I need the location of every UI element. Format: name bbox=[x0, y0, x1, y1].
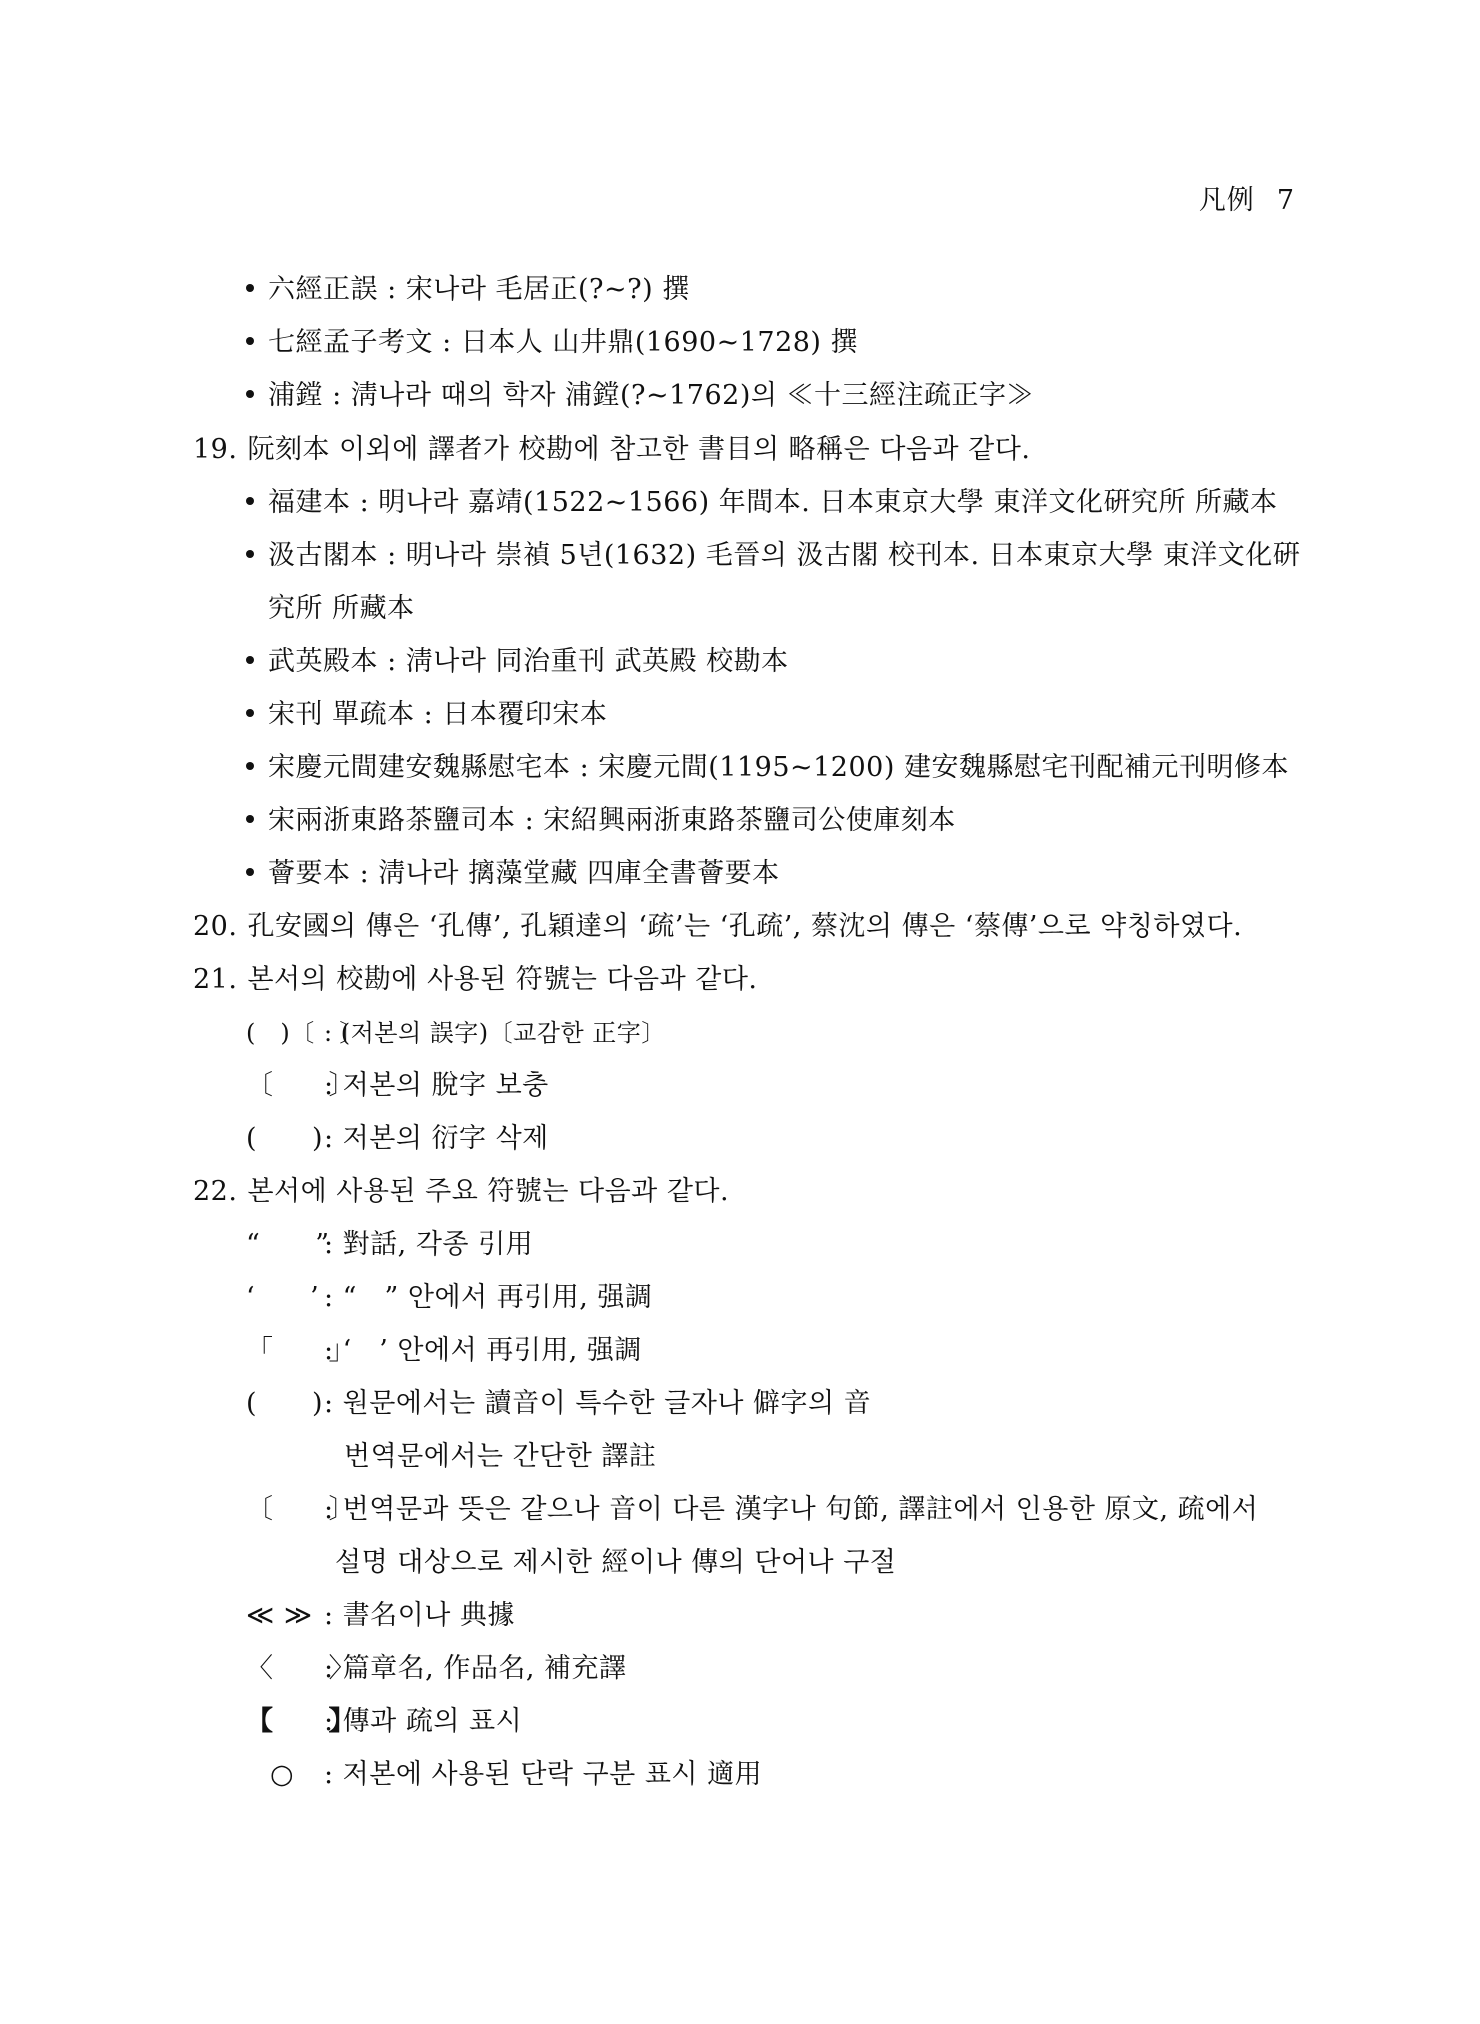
bullet-item: 浦鏜 : 淸나라 때의 학자 浦鏜(?~1762)의 ≪十三經注疏正字≫ bbox=[246, 378, 1034, 414]
bullet-item: 福建本 : 明나라 嘉靖(1522~1566) 年間本. 日本東京大學 東洋文化… bbox=[246, 485, 1278, 521]
bullet-icon bbox=[246, 550, 254, 558]
symbol-row: 〈 〉: 篇章名, 作品名, 補充譯 bbox=[246, 1651, 627, 1687]
bullet-text: 武英殿本 : 淸나라 同治重刊 武英殿 校勘本 bbox=[268, 646, 789, 677]
page-number: 7 bbox=[1277, 185, 1295, 216]
numbered-item-20: 20.孔安國의 傳은 ‘孔傳’, 孔穎達의 ‘疏’는 ‘孔疏’, 蔡沈의 傳은 … bbox=[193, 909, 1242, 945]
symbol-row: ( )〔 〕: (저본의 誤字)〔교감한 正字〕 bbox=[246, 1015, 666, 1051]
symbol-desc: : 篇章名, 作品名, 補充譯 bbox=[324, 1653, 627, 1684]
symbol-row: ≪ ≫: 書名이나 典據 bbox=[246, 1598, 515, 1634]
symbol-row: ‘ ’: “ ” 안에서 再引用, 强調 bbox=[246, 1280, 652, 1316]
numbered-item-19: 19.阮刻本 이외에 譯者가 校勘에 참고한 書目의 略稱은 다음과 같다. bbox=[193, 432, 1030, 468]
symbol-row: “ ”: 對話, 각종 引用 bbox=[246, 1227, 533, 1263]
symbol-desc: : 對話, 각종 引用 bbox=[324, 1229, 533, 1260]
header-title: 凡例 bbox=[1199, 185, 1255, 216]
symbol-row: ○: 저본에 사용된 단락 구분 표시 適用 bbox=[270, 1757, 762, 1793]
symbol-row: ( ): 저본의 衍字 삭제 bbox=[246, 1121, 549, 1157]
bullet-item: 七經孟子考文 : 日本人 山井鼎(1690~1728) 撰 bbox=[246, 325, 858, 361]
bullet-item: 宋兩浙東路茶鹽司本 : 宋紹興兩浙東路茶鹽司公使庫刻本 bbox=[246, 803, 956, 839]
bullet-item: 汲古閣本 : 明나라 崇禎 5년(1632) 毛晉의 汲古閣 校刊本. 日本東京… bbox=[246, 538, 1300, 574]
symbol-row: 「 」: ‘ ’ 안에서 再引用, 强調 bbox=[246, 1333, 642, 1369]
symbol-desc: : 저본의 脫字 보충 bbox=[324, 1070, 549, 1101]
bullet-icon bbox=[246, 815, 254, 823]
bullet-icon bbox=[246, 284, 254, 292]
symbol-row: 【 】: 傳과 疏의 표시 bbox=[246, 1704, 522, 1740]
symbol-desc: 번역문에서는 간단한 譯註 bbox=[344, 1441, 656, 1472]
bullet-item: 武英殿本 : 淸나라 同治重刊 武英殿 校勘本 bbox=[246, 644, 789, 680]
bullet-icon bbox=[246, 390, 254, 398]
bullet-icon bbox=[246, 656, 254, 664]
symbol-desc: : 저본의 衍字 삭제 bbox=[324, 1123, 549, 1154]
bullet-text: 福建本 : 明나라 嘉靖(1522~1566) 年間本. 日本東京大學 東洋文化… bbox=[268, 487, 1278, 518]
bullet-text: 六經正誤 : 宋나라 毛居正(?~?) 撰 bbox=[268, 274, 690, 305]
circle-mark-icon: ○ bbox=[270, 1757, 324, 1793]
bullet-icon bbox=[246, 497, 254, 505]
running-header: 凡例7 bbox=[1199, 178, 1295, 217]
bullet-text: 宋刊 單疏本 : 日本覆印宋本 bbox=[268, 699, 607, 730]
bullet-icon bbox=[246, 709, 254, 717]
bullet-text: 宋兩浙東路茶鹽司本 : 宋紹興兩浙東路茶鹽司公使庫刻本 bbox=[268, 805, 956, 836]
symbol-desc: : 번역문과 뜻은 같으나 音이 다른 漢字나 句節, 譯註에서 인용한 原文,… bbox=[324, 1494, 1258, 1525]
bullet-item: 六經正誤 : 宋나라 毛居正(?~?) 撰 bbox=[246, 272, 690, 308]
bullet-text: 浦鏜 : 淸나라 때의 학자 浦鏜(?~1762)의 ≪十三經注疏正字≫ bbox=[268, 380, 1034, 411]
bullet-icon bbox=[246, 337, 254, 345]
symbol-glyph: ( ) bbox=[246, 1386, 324, 1422]
symbol-glyph: 【 】 bbox=[246, 1704, 324, 1740]
symbol-desc: : 저본에 사용된 단락 구분 표시 適用 bbox=[324, 1759, 762, 1790]
numbered-item-21: 21.본서의 校勘에 사용된 符號는 다음과 같다. bbox=[193, 962, 758, 998]
symbol-desc: : 書名이나 典據 bbox=[324, 1600, 515, 1631]
symbol-glyph: 〈 〉 bbox=[246, 1651, 324, 1687]
item-number: 22. bbox=[193, 1176, 237, 1207]
symbol-desc: 설명 대상으로 제시한 經이나 傳의 단어나 구절 bbox=[335, 1547, 896, 1578]
symbol-glyph: ( )〔 〕 bbox=[246, 1015, 324, 1051]
symbol-row-continuation: 설명 대상으로 제시한 經이나 傳의 단어나 구절 bbox=[335, 1545, 896, 1581]
symbol-desc: : ‘ ’ 안에서 再引用, 强調 bbox=[324, 1335, 642, 1366]
item-text: 본서의 校勘에 사용된 符號는 다음과 같다. bbox=[247, 964, 757, 995]
item-text: 孔安國의 傳은 ‘孔傳’, 孔穎達의 ‘疏’는 ‘孔疏’, 蔡沈의 傳은 ‘蔡傳… bbox=[247, 911, 1242, 942]
symbol-glyph: 〔 〕 bbox=[246, 1492, 324, 1528]
symbol-row: 〔 〕: 저본의 脫字 보충 bbox=[246, 1068, 549, 1104]
symbol-glyph: ‘ ’ bbox=[246, 1280, 324, 1316]
item-text: 본서에 사용된 주요 符號는 다음과 같다. bbox=[247, 1176, 729, 1207]
item-number: 20. bbox=[193, 911, 237, 942]
symbol-glyph: ≪ ≫ bbox=[246, 1598, 324, 1634]
symbol-row: ( ): 원문에서는 讀音이 특수한 글자나 僻字의 音 bbox=[246, 1386, 871, 1422]
symbol-glyph: 〔 〕 bbox=[246, 1068, 324, 1104]
bullet-item: 宋刊 單疏本 : 日本覆印宋本 bbox=[246, 697, 607, 733]
bullet-text: 七經孟子考文 : 日本人 山井鼎(1690~1728) 撰 bbox=[268, 327, 858, 358]
symbol-glyph: ( ) bbox=[246, 1121, 324, 1157]
bullet-continuation: 究所 所藏本 bbox=[268, 591, 415, 627]
bullet-text: 薈要本 : 淸나라 摛藻堂藏 四庫全書薈要本 bbox=[268, 858, 780, 889]
bullet-item: 薈要本 : 淸나라 摛藻堂藏 四庫全書薈要本 bbox=[246, 856, 780, 892]
numbered-item-22: 22.본서에 사용된 주요 符號는 다음과 같다. bbox=[193, 1174, 729, 1210]
symbol-desc: : “ ” 안에서 再引用, 强調 bbox=[324, 1282, 652, 1313]
bullet-item: 宋慶元間建安魏縣慰宅本 : 宋慶元間(1195~1200) 建安魏縣慰宅刊配補元… bbox=[246, 750, 1289, 786]
symbol-glyph: “ ” bbox=[246, 1227, 324, 1263]
item-number: 21. bbox=[193, 964, 237, 995]
bullet-text: 究所 所藏本 bbox=[268, 593, 415, 624]
bullet-text: 汲古閣本 : 明나라 崇禎 5년(1632) 毛晉의 汲古閣 校刊本. 日本東京… bbox=[268, 540, 1300, 571]
symbol-glyph: 「 」 bbox=[246, 1333, 324, 1369]
symbol-desc: : 傳과 疏의 표시 bbox=[324, 1706, 522, 1737]
item-text: 阮刻本 이외에 譯者가 校勘에 참고한 書目의 略稱은 다음과 같다. bbox=[247, 434, 1030, 465]
item-number: 19. bbox=[193, 434, 237, 465]
bullet-text: 宋慶元間建安魏縣慰宅本 : 宋慶元間(1195~1200) 建安魏縣慰宅刊配補元… bbox=[268, 752, 1289, 783]
bullet-icon bbox=[246, 868, 254, 876]
symbol-row: 〔 〕: 번역문과 뜻은 같으나 音이 다른 漢字나 句節, 譯註에서 인용한 … bbox=[246, 1492, 1258, 1528]
symbol-row-continuation: 번역문에서는 간단한 譯註 bbox=[344, 1439, 656, 1475]
bullet-icon bbox=[246, 762, 254, 770]
symbol-desc: : 원문에서는 讀音이 특수한 글자나 僻字의 音 bbox=[324, 1388, 871, 1419]
symbol-desc: : (저본의 誤字)〔교감한 正字〕 bbox=[324, 1019, 666, 1047]
